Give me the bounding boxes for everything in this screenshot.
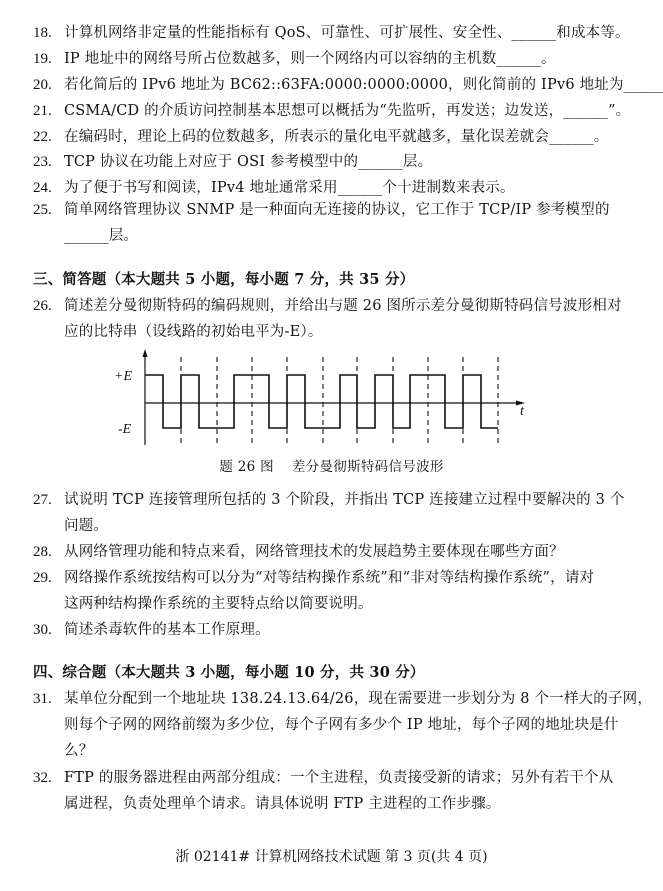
question-31-continuation-2: 么？ bbox=[0, 739, 663, 763]
section-title: 四、综合题（本大题共 3 小题，每小题 10 分，共 30 分） bbox=[33, 661, 425, 685]
question-text: CSMA/CD 的介质访问控制基本思想可以概括为“先监听，再发送；边发送，___… bbox=[64, 99, 630, 123]
question-number: 24. bbox=[33, 176, 52, 200]
question-32: 32. FTP 的服务器进程由两部分组成：一个主进程，负责接受新的请求；另外有若… bbox=[0, 766, 663, 790]
x-axis-label: t bbox=[520, 404, 525, 419]
question-28: 28. 从网络管理功能和特点来看，网络管理技术的发展趋势主要体现在哪些方面？ bbox=[0, 540, 663, 564]
question-text: 试说明 TCP 连接管理所包括的 3 个阶段，并指出 TCP 连接建立过程中要解… bbox=[64, 488, 625, 512]
question-31-continuation: 则每个子网的网络前缀为多少位，每个子网有多少个 IP 地址，每个子网的地址块是什 bbox=[0, 713, 663, 737]
question-text: 从网络管理功能和特点来看，网络管理技术的发展趋势主要体现在哪些方面？ bbox=[64, 540, 564, 564]
question-text: 计算机网络非定量的性能指标有 QoS、可靠性、可扩展性、安全性、______和成… bbox=[64, 21, 630, 45]
question-20: 20. 若化简后的 IPv6 地址为 BC62::63FA:0000:0000:… bbox=[0, 73, 663, 97]
question-text: 某单位分配到一个地址块 138.24.13.64/26，现在需要进一步划分为 8… bbox=[64, 687, 652, 711]
question-number: 26. bbox=[33, 294, 52, 318]
question-text: 简述杀毒软件的基本工作原理。 bbox=[64, 618, 270, 642]
question-text: 么？ bbox=[64, 739, 93, 763]
question-number: 19. bbox=[33, 47, 52, 71]
question-number: 23. bbox=[33, 150, 52, 174]
question-number: 29. bbox=[33, 566, 52, 590]
figure-caption: 题 26 图差分曼彻斯特码信号波形 bbox=[0, 455, 663, 475]
question-text: FTP 的服务器进程由两部分组成：一个主进程，负责接受新的请求；另外有若干个从 bbox=[64, 766, 613, 790]
question-text: 若化简后的 IPv6 地址为 BC62::63FA:0000:0000:0000… bbox=[64, 73, 663, 97]
question-29-continuation: 这两种结构操作系统的主要特点给以简要说明。 bbox=[0, 592, 663, 616]
question-text: 问题。 bbox=[64, 514, 108, 538]
question-24: 24. 为了便于书写和阅读，IPv4 地址通常采用______个十进制数来表示。 bbox=[0, 176, 663, 200]
question-number: 18. bbox=[33, 21, 52, 45]
question-number: 22. bbox=[33, 125, 52, 149]
question-text: 网络操作系统按结构可以分为“对等结构操作系统”和“非对等结构操作系统”，请对 bbox=[64, 566, 594, 590]
y-axis-arrow-icon bbox=[143, 349, 148, 357]
figure-title: 差分曼彻斯特码信号波形 bbox=[292, 459, 444, 475]
section-heading-comprehensive: 四、综合题（本大题共 3 小题，每小题 10 分，共 30 分） bbox=[0, 661, 663, 685]
question-number: 21. bbox=[33, 99, 52, 123]
question-18: 18. 计算机网络非定量的性能指标有 QoS、可靠性、可扩展性、安全性、____… bbox=[0, 21, 663, 45]
y-high-label: +E bbox=[114, 369, 132, 384]
question-31: 31. 某单位分配到一个地址块 138.24.13.64/26，现在需要进一步划… bbox=[0, 687, 663, 711]
question-30: 30. 简述杀毒软件的基本工作原理。 bbox=[0, 618, 663, 642]
differential-manchester-waveform-figure: +E -E t bbox=[110, 345, 540, 450]
question-text: 简单网络管理协议 SNMP 是一种面向无连接的协议，它工作于 TCP/IP 参考… bbox=[64, 198, 610, 222]
question-number: 28. bbox=[33, 540, 52, 564]
question-text: ______层。 bbox=[64, 224, 138, 248]
question-26-continuation: 应的比特串（设线路的初始电平为-E）。 bbox=[0, 320, 663, 344]
question-25: 25. 简单网络管理协议 SNMP 是一种面向无连接的协议，它工作于 TCP/I… bbox=[0, 198, 663, 222]
question-number: 20. bbox=[33, 73, 52, 97]
question-text: IP 地址中的网络号所占位数越多，则一个网络内可以容纳的主机数______。 bbox=[64, 47, 556, 71]
question-32-continuation: 属进程，负责处理单个请求。请具体说明 FTP 主进程的工作步骤。 bbox=[0, 792, 663, 816]
question-22: 22. 在编码时，理论上码的位数越多，所表示的量化电平就越多，量化误差就会___… bbox=[0, 125, 663, 149]
question-23: 23. TCP 协议在功能上对应于 OSI 参考模型中的______层。 bbox=[0, 150, 663, 174]
question-26: 26. 简述差分曼彻斯特码的编码规则，并给出与题 26 图所示差分曼彻斯特码信号… bbox=[0, 294, 663, 318]
question-number: 27. bbox=[33, 488, 52, 512]
question-25-continuation: ______层。 bbox=[0, 224, 663, 248]
question-19: 19. IP 地址中的网络号所占位数越多，则一个网络内可以容纳的主机数_____… bbox=[0, 47, 663, 71]
question-21: 21. CSMA/CD 的介质访问控制基本思想可以概括为“先监听，再发送；边发送… bbox=[0, 99, 663, 123]
question-number: 31. bbox=[33, 687, 52, 711]
question-number: 30. bbox=[33, 618, 52, 642]
question-text: 应的比特串（设线路的初始电平为-E）。 bbox=[64, 320, 323, 344]
question-text: 则每个子网的网络前缀为多少位，每个子网有多少个 IP 地址，每个子网的地址块是什 bbox=[64, 713, 619, 737]
question-number: 25. bbox=[33, 198, 52, 222]
question-27: 27. 试说明 TCP 连接管理所包括的 3 个阶段，并指出 TCP 连接建立过… bbox=[0, 488, 663, 512]
question-text: 简述差分曼彻斯特码的编码规则，并给出与题 26 图所示差分曼彻斯特码信号波形相对 bbox=[64, 294, 622, 318]
question-text: 在编码时，理论上码的位数越多，所表示的量化电平就越多，量化误差就会______。 bbox=[64, 125, 609, 149]
question-29: 29. 网络操作系统按结构可以分为“对等结构操作系统”和“非对等结构操作系统”，… bbox=[0, 566, 663, 590]
question-27-continuation: 问题。 bbox=[0, 514, 663, 538]
question-text: 这两种结构操作系统的主要特点给以简要说明。 bbox=[64, 592, 373, 616]
section-heading-short-answer: 三、简答题（本大题共 5 小题，每小题 7 分，共 35 分） bbox=[0, 268, 663, 292]
question-number: 32. bbox=[33, 766, 52, 790]
y-low-label: -E bbox=[118, 422, 132, 437]
section-title: 三、简答题（本大题共 5 小题，每小题 7 分，共 35 分） bbox=[33, 268, 414, 292]
signal-waveform bbox=[145, 375, 498, 428]
question-text: TCP 协议在功能上对应于 OSI 参考模型中的______层。 bbox=[64, 150, 432, 174]
figure-label: 题 26 图 bbox=[219, 459, 274, 475]
question-text: 为了便于书写和阅读，IPv4 地址通常采用______个十进制数来表示。 bbox=[64, 176, 515, 200]
page-footer: 浙 02141# 计算机网络技术试题 第 3 页(共 4 页) bbox=[0, 846, 663, 866]
question-text: 属进程，负责处理单个请求。请具体说明 FTP 主进程的工作步骤。 bbox=[64, 792, 501, 816]
